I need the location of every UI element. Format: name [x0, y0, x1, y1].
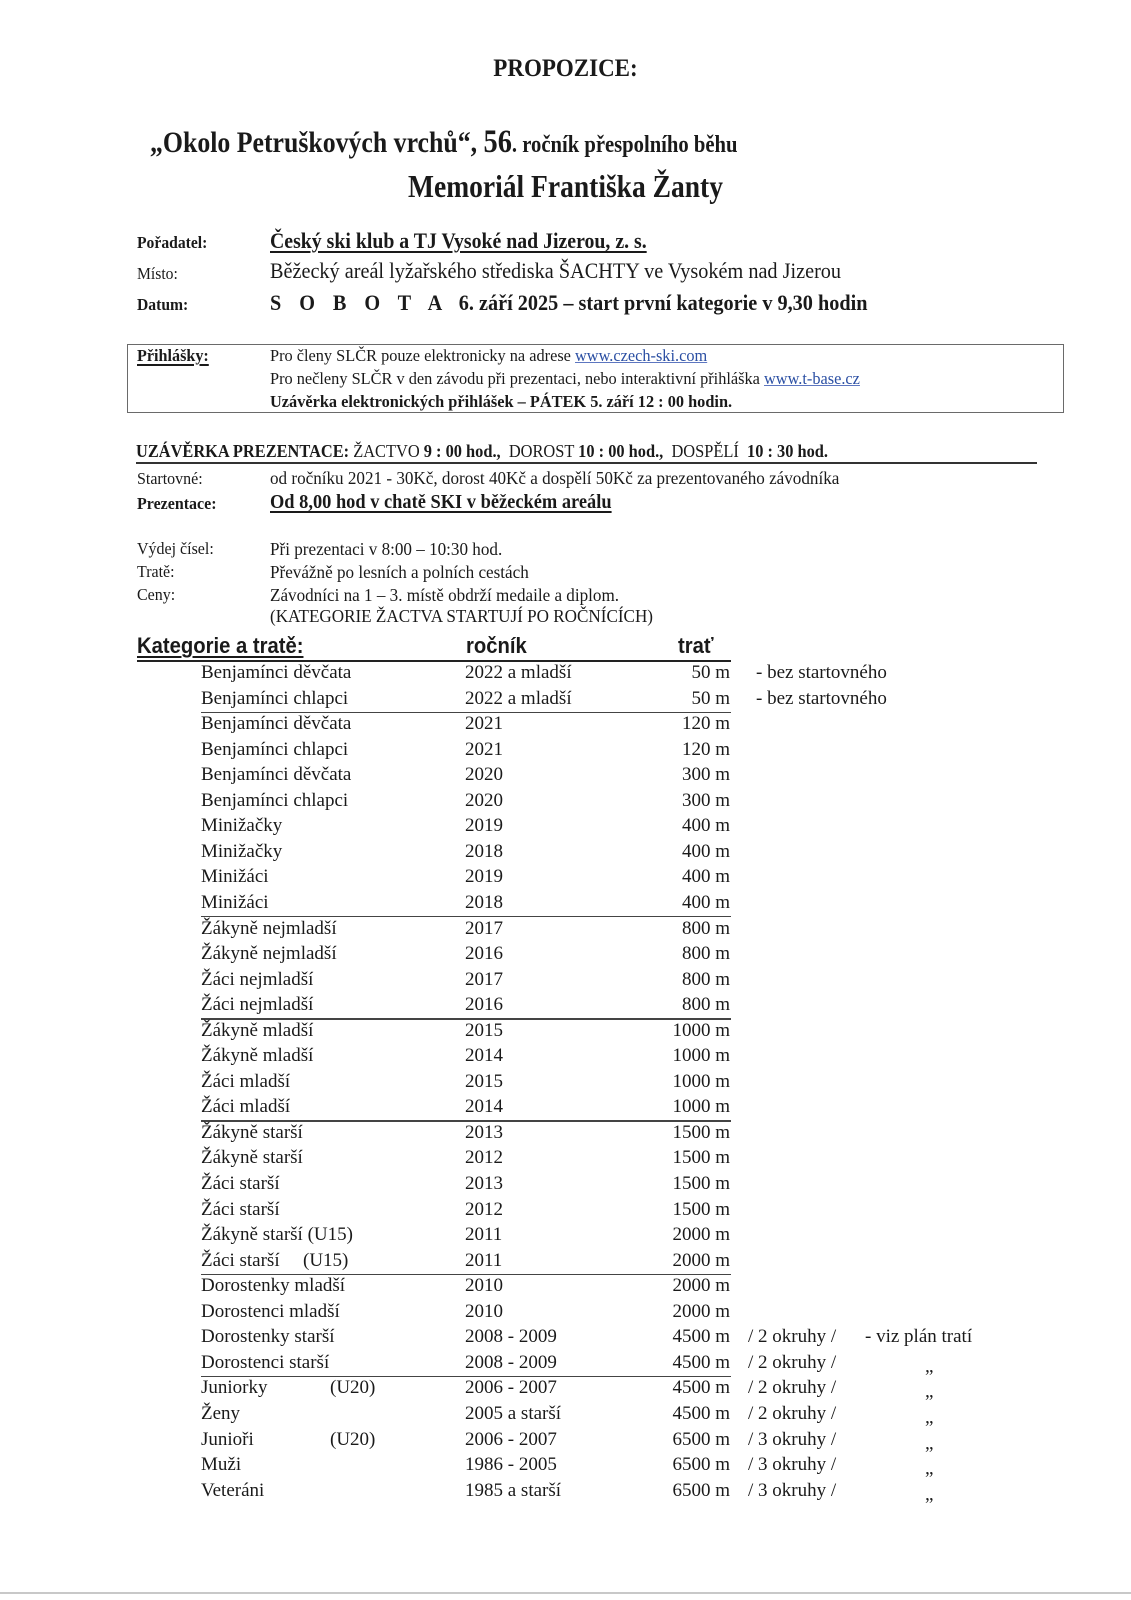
- prizes-value: Závodníci na 1 – 3. místě obdrží medaile…: [270, 585, 619, 606]
- category-distance: 1000 m: [580, 1096, 730, 1118]
- year-header: ročník: [466, 633, 527, 659]
- place-value: Běžecký areál lyžařského střediska ŠACHT…: [270, 258, 841, 284]
- category-year: 2016: [465, 994, 503, 1016]
- category-age-tag: (U15): [303, 1250, 348, 1272]
- category-distance: 400 m: [580, 815, 730, 837]
- category-distance: 2000 m: [580, 1250, 730, 1272]
- category-name: Juniorky: [201, 1377, 268, 1399]
- category-year: 1985 a starší: [465, 1480, 561, 1502]
- category-distance: 800 m: [580, 994, 730, 1016]
- event-title: „Okolo Petruškových vrchů“, 56. ročník p…: [150, 124, 737, 161]
- category-distance: 6500 m: [580, 1429, 730, 1451]
- event-title-suffix: . ročník přespolního běhu: [512, 132, 738, 158]
- category-note: - bez startovného: [756, 688, 887, 710]
- event-title-name: „Okolo Petruškových vrchů“,: [150, 126, 484, 159]
- category-year: 2008 - 2009: [465, 1326, 557, 1348]
- category-distance: 120 m: [580, 713, 730, 735]
- category-name: Muži: [201, 1454, 241, 1476]
- prizes-label: Ceny:: [137, 585, 175, 605]
- registration-members-text: Pro členy SLČR pouze elektronicky na adr…: [270, 346, 575, 365]
- category-year: 2006 - 2007: [465, 1377, 557, 1399]
- category-year: 2012: [465, 1147, 503, 1169]
- category-note: „: [925, 1484, 933, 1506]
- category-name: Benjamínci chlapci: [201, 790, 348, 812]
- category-laps: / 2 okruhy /: [748, 1403, 836, 1425]
- document-heading: PROPOZICE:: [45, 55, 1086, 83]
- category-year: 2011: [465, 1224, 502, 1246]
- category-year: 2016: [465, 943, 503, 965]
- category-distance: 2000 m: [580, 1275, 730, 1297]
- category-name: Žáci starší: [201, 1199, 280, 1221]
- category-year: 2018: [465, 892, 503, 914]
- deadline-pupils: ŽACTVO: [353, 441, 419, 461]
- deadline-pupils-time: 9 : 00 hod.,: [424, 441, 501, 461]
- category-year: 2017: [465, 969, 503, 991]
- category-distance: 1500 m: [580, 1173, 730, 1195]
- fee-label: Startovné:: [137, 469, 203, 489]
- tracks-value: Převážně po lesních a polních cestách: [270, 562, 529, 583]
- deadline-adults-time: 10 : 30 hod.: [747, 441, 828, 461]
- category-note: „: [925, 1356, 933, 1378]
- presentation-label: Prezentace:: [137, 494, 217, 514]
- category-name: Benjamínci chlapci: [201, 739, 348, 761]
- category-name: Minižačky: [201, 841, 282, 863]
- category-year: 2006 - 2007: [465, 1429, 557, 1451]
- place-label: Místo:: [137, 264, 178, 284]
- deadline-adults: DOSPĚLÍ: [671, 441, 738, 461]
- category-name: Junioři: [201, 1429, 254, 1451]
- category-note: - bez startovného: [756, 662, 887, 684]
- category-distance: 2000 m: [580, 1301, 730, 1323]
- category-year: 2022 a mladší: [465, 688, 572, 710]
- category-year: 2017: [465, 918, 503, 940]
- category-distance: 1500 m: [580, 1199, 730, 1221]
- date-day: S O B O T A: [270, 290, 449, 315]
- prizes-note: (KATEGORIE ŽACTVA STARTUJÍ PO ROČNÍCÍCH): [270, 606, 653, 627]
- deadline-label: UZÁVĚRKA PREZENTACE:: [136, 441, 349, 461]
- category-note: „: [925, 1458, 933, 1480]
- category-name: Žákyně nejmladší: [201, 918, 337, 940]
- category-name: Žákyně starší: [201, 1147, 303, 1169]
- category-distance: 800 m: [580, 943, 730, 965]
- presentation-value: Od 8,00 hod v chatě SKI v běžeckém areál…: [270, 491, 612, 514]
- category-distance: 1000 m: [580, 1071, 730, 1093]
- category-name: Žáci nejmladší: [201, 969, 313, 991]
- category-year: 2010: [465, 1275, 503, 1297]
- page-bottom-edge: [0, 1592, 1131, 1594]
- category-distance: 1500 m: [580, 1122, 730, 1144]
- numbers-label: Výdej čísel:: [137, 539, 214, 559]
- category-name: Žákyně nejmladší: [201, 943, 337, 965]
- category-note: „: [925, 1381, 933, 1403]
- category-year: 2008 - 2009: [465, 1352, 557, 1374]
- deadline-juniors: DOROST: [509, 441, 574, 461]
- category-year: 2020: [465, 790, 503, 812]
- registration-nonmembers: Pro nečleny SLČR v den závodu při prezen…: [270, 369, 860, 389]
- category-year: 2012: [465, 1199, 503, 1221]
- category-laps: / 3 okruhy /: [748, 1454, 836, 1476]
- memorial-title: Memoriál Františka Žanty: [79, 168, 1052, 205]
- tracks-label: Tratě:: [137, 562, 175, 582]
- category-distance: 6500 m: [580, 1480, 730, 1502]
- category-distance: 50 m: [580, 688, 730, 710]
- category-name: Žákyně starší: [201, 1122, 303, 1144]
- category-distance: 4500 m: [580, 1352, 730, 1374]
- deadline-juniors-time: 10 : 00 hod.,: [578, 441, 663, 461]
- category-year: 2022 a mladší: [465, 662, 572, 684]
- category-distance: 300 m: [580, 764, 730, 786]
- registration-members: Pro členy SLČR pouze elektronicky na adr…: [270, 346, 707, 366]
- category-year: 2011: [465, 1250, 502, 1272]
- category-name: Minižáci: [201, 866, 269, 888]
- category-distance: 800 m: [580, 918, 730, 940]
- category-header: Kategorie a tratě:: [137, 633, 303, 659]
- category-name: Dorostenky mladší: [201, 1275, 345, 1297]
- category-laps: / 3 okruhy /: [748, 1480, 836, 1502]
- registration-label: Přihlášky:: [137, 346, 209, 366]
- category-year: 2019: [465, 866, 503, 888]
- category-distance: 800 m: [580, 969, 730, 991]
- presentation-deadline: UZÁVĚRKA PREZENTACE: ŽACTVO 9 : 00 hod.,…: [136, 441, 828, 462]
- category-laps: / 2 okruhy /: [748, 1326, 836, 1348]
- category-name: Dorostenci starší: [201, 1352, 329, 1374]
- category-name: Veteráni: [201, 1480, 264, 1502]
- category-name: Minižáci: [201, 892, 269, 914]
- category-name: Benjamínci děvčata: [201, 764, 351, 786]
- category-year: 2020: [465, 764, 503, 786]
- category-year: 2013: [465, 1122, 503, 1144]
- date-details: 6. září 2025 – start první kategorie v 9…: [459, 290, 868, 315]
- date-label: Datum:: [137, 295, 188, 315]
- category-distance: 1000 m: [580, 1020, 730, 1042]
- category-distance: 1500 m: [580, 1147, 730, 1169]
- category-distance: 400 m: [580, 892, 730, 914]
- category-name: Žáci mladší: [201, 1071, 290, 1093]
- category-name: Benjamínci chlapci: [201, 688, 348, 710]
- category-year: 2014: [465, 1096, 503, 1118]
- category-name: Žáci starší: [201, 1173, 280, 1195]
- category-name: Minižačky: [201, 815, 282, 837]
- category-name: Žákyně mladší: [201, 1045, 313, 1067]
- category-year: 2013: [465, 1173, 503, 1195]
- category-year: 2018: [465, 841, 503, 863]
- czech-ski-link[interactable]: www.czech-ski.com: [575, 346, 707, 365]
- category-year: 2015: [465, 1020, 503, 1042]
- category-note: - viz plán tratí: [865, 1326, 972, 1348]
- category-distance: 4500 m: [580, 1326, 730, 1348]
- category-year: 2021: [465, 713, 503, 735]
- category-distance: 120 m: [580, 739, 730, 761]
- registration-deadline: Uzávěrka elektronických přihlášek – PÁTE…: [270, 392, 732, 412]
- category-name: Žákyně mladší: [201, 1020, 313, 1042]
- t-base-link[interactable]: www.t-base.cz: [764, 369, 860, 388]
- fee-value: od ročníku 2021 - 30Kč, dorost 40Kč a do…: [270, 468, 839, 489]
- organizer-value: Český ski klub a TJ Vysoké nad Jizerou, …: [270, 228, 647, 254]
- category-distance: 4500 m: [580, 1403, 730, 1425]
- category-year: 2015: [465, 1071, 503, 1093]
- category-distance: 1000 m: [580, 1045, 730, 1067]
- category-distance: 300 m: [580, 790, 730, 812]
- category-name: Benjamínci děvčata: [201, 713, 351, 735]
- category-name: Dorostenci mladší: [201, 1301, 340, 1323]
- category-age-tag: (U20): [330, 1429, 375, 1451]
- category-age-tag: (U20): [330, 1377, 375, 1399]
- track-header: trať: [678, 633, 714, 659]
- category-name: Žáci mladší: [201, 1096, 290, 1118]
- category-distance: 400 m: [580, 866, 730, 888]
- category-laps: / 2 okruhy /: [748, 1377, 836, 1399]
- category-year: 2005 a starší: [465, 1403, 561, 1425]
- category-name: Žáci starší: [201, 1250, 280, 1272]
- category-distance: 6500 m: [580, 1454, 730, 1476]
- date-value: S O B O T A 6. září 2025 – start první k…: [270, 290, 867, 316]
- deadline-underline: [136, 462, 1037, 464]
- category-distance: 50 m: [580, 662, 730, 684]
- category-laps: / 2 okruhy /: [748, 1352, 836, 1374]
- category-note: „: [925, 1407, 933, 1429]
- category-name: Dorostenky starší: [201, 1326, 335, 1348]
- event-edition: 56: [484, 124, 512, 160]
- category-note: „: [925, 1433, 933, 1455]
- registration-nonmembers-text: Pro nečleny SLČR v den závodu při prezen…: [270, 369, 764, 388]
- category-year: 2010: [465, 1301, 503, 1323]
- category-name: Žáci nejmladší: [201, 994, 313, 1016]
- organizer-label: Pořadatel:: [137, 233, 207, 253]
- category-year: 2021: [465, 739, 503, 761]
- category-distance: 2000 m: [580, 1224, 730, 1246]
- category-name: Benjamínci děvčata: [201, 662, 351, 684]
- category-year: 1986 - 2005: [465, 1454, 557, 1476]
- category-name: Žákyně starší (U15): [201, 1224, 353, 1246]
- numbers-value: Při prezentaci v 8:00 – 10:30 hod.: [270, 539, 502, 560]
- category-name: Ženy: [201, 1403, 240, 1425]
- category-year: 2019: [465, 815, 503, 837]
- category-distance: 4500 m: [580, 1377, 730, 1399]
- category-laps: / 3 okruhy /: [748, 1429, 836, 1451]
- category-distance: 400 m: [580, 841, 730, 863]
- category-year: 2014: [465, 1045, 503, 1067]
